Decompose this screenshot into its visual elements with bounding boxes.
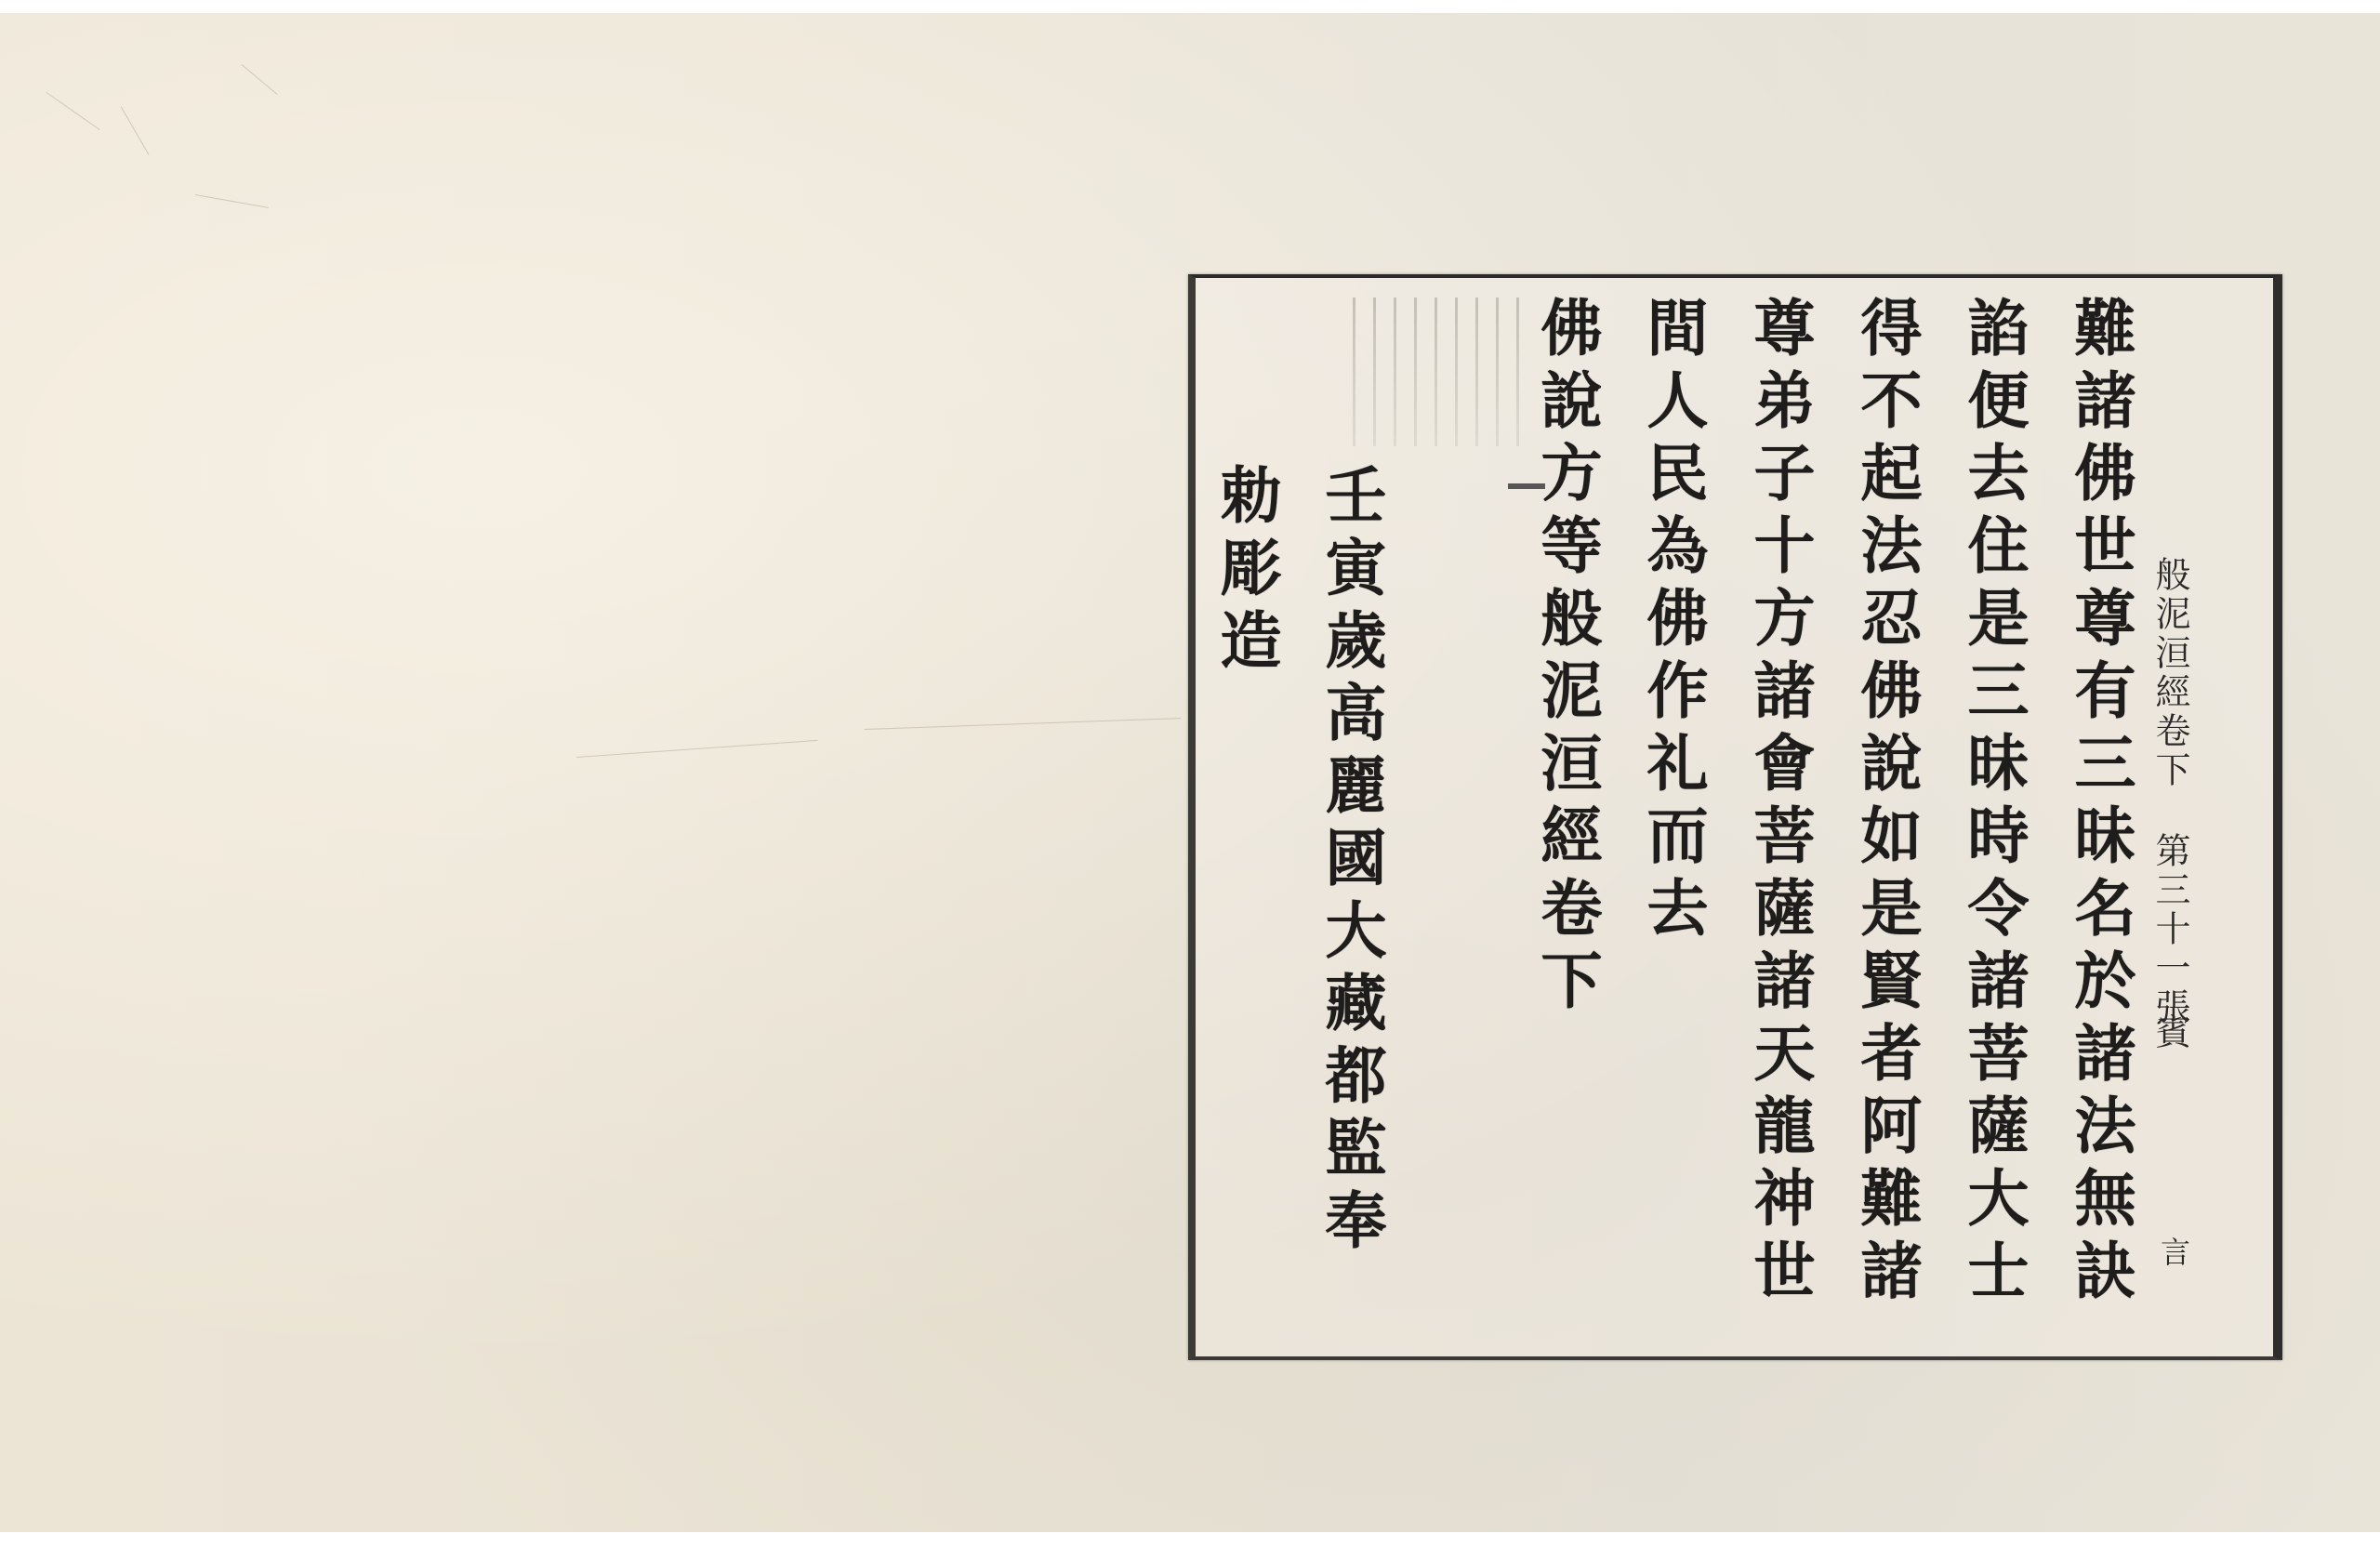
text-column-2: 諂便去住是三昧時令諸菩薩大士: [1963, 296, 2024, 1311]
paper-fiber: [121, 106, 150, 154]
faint-ink-smudge: [1353, 297, 1529, 446]
margin-carver-mark: 言: [2159, 1236, 2188, 1270]
margin-sutra-title: 般泥洹經卷下: [2152, 556, 2188, 790]
paper-fiber: [195, 194, 269, 208]
text-column-8-colophon: 勅彫造: [1215, 463, 1276, 681]
paper-crease: [865, 718, 1181, 730]
text-column-7-colophon: 壬寅歲高麗國大藏都監奉: [1320, 463, 1382, 1261]
text-column-3: 得不起法忍佛說如是賢者阿難諸: [1856, 296, 1917, 1311]
text-column-6-title: 佛說方等般泥洹經卷下: [1536, 296, 1597, 1021]
margin-sheet-number: 第三十一張: [2152, 832, 2188, 1027]
text-column-1: 難諸佛世尊有三昧名於諸法無訣: [2069, 296, 2131, 1311]
text-column-4: 尊弟子十方諸會菩薩諸天龍神世: [1749, 296, 1810, 1311]
text-column-5: 間人民為佛作礼而去: [1642, 296, 1703, 948]
paper-fiber: [242, 64, 278, 95]
paper-fiber: [46, 92, 100, 130]
margin-case-mark: 賓: [2152, 1013, 2188, 1052]
paper-crease: [576, 740, 817, 758]
